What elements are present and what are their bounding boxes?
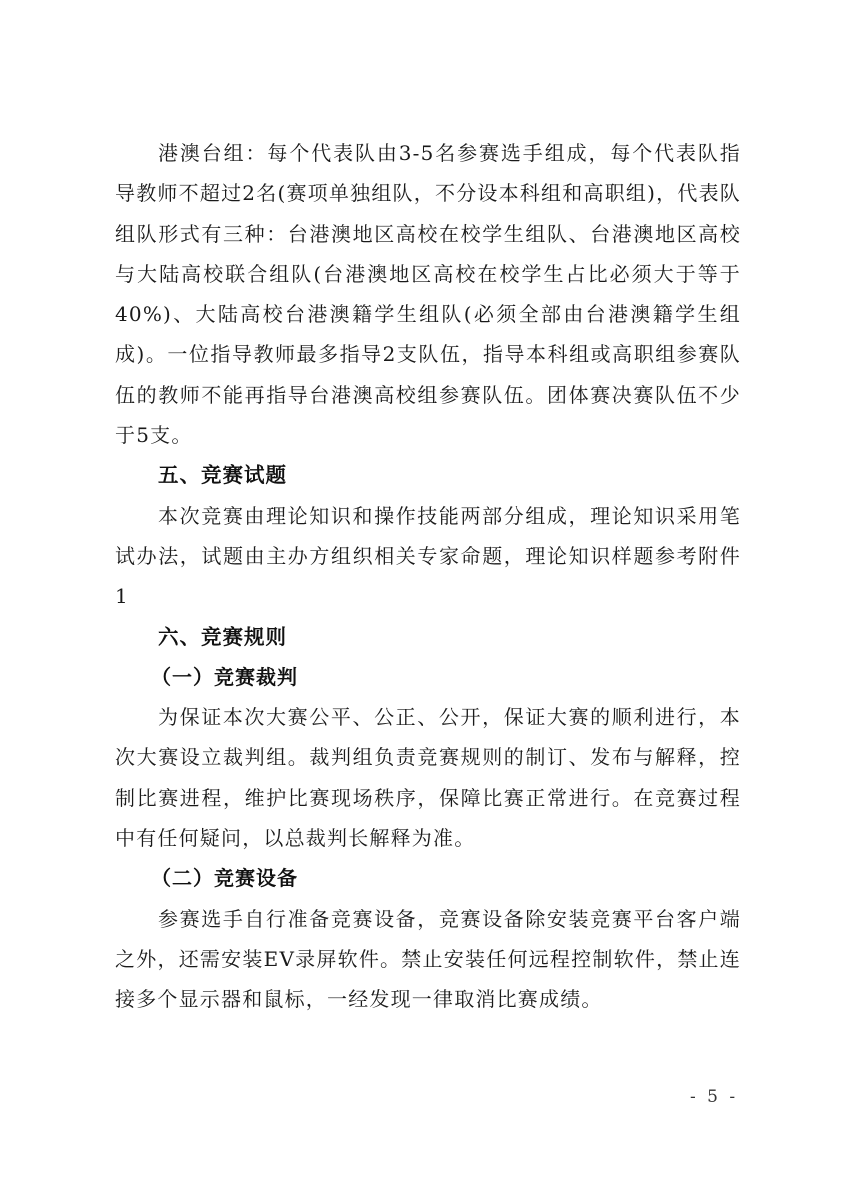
paragraph-referees: 为保证本次大赛公平、公正、公开，保证大赛的顺利进行，本次大赛设立裁判组。裁判组负… — [115, 697, 741, 858]
document-page: 港澳台组：每个代表队由3-5名参赛选手组成，每个代表队指导教师不超过2名(赛项单… — [0, 0, 848, 1200]
section-heading-competition-rules: 六、竞赛规则 — [115, 617, 741, 657]
paragraph-hk-macau-taiwan-group: 港澳台组：每个代表队由3-5名参赛选手组成，每个代表队指导教师不超过2名(赛项单… — [115, 133, 741, 455]
paragraph-competition-questions: 本次竞赛由理论知识和操作技能两部分组成，理论知识采用笔试办法，试题由主办方组织相… — [115, 496, 741, 617]
section-heading-competition-questions: 五、竞赛试题 — [115, 455, 741, 495]
page-content: 港澳台组：每个代表队由3-5名参赛选手组成，每个代表队指导教师不超过2名(赛项单… — [115, 133, 741, 1020]
subsection-heading-referees: （一）竞赛裁判 — [115, 657, 741, 697]
page-number: - 5 - — [690, 1087, 738, 1107]
subsection-heading-equipment: （二）竞赛设备 — [115, 858, 741, 898]
paragraph-equipment: 参赛选手自行准备竞赛设备，竞赛设备除安装竞赛平台客户端之外，还需安装EV录屏软件… — [115, 899, 741, 1020]
